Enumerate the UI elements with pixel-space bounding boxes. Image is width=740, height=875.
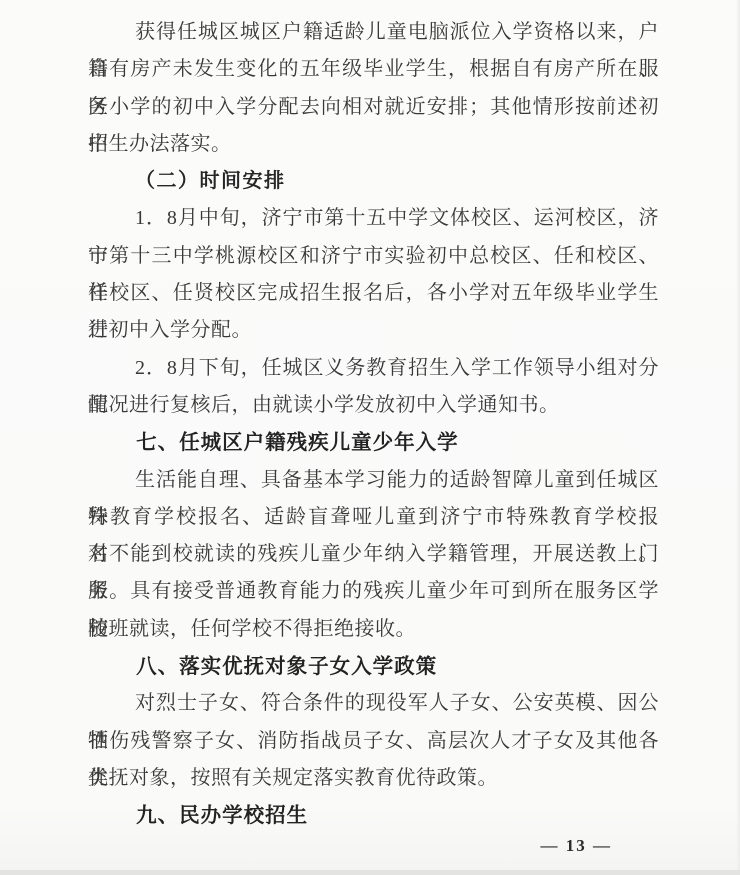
doc-line: 对不能到校就读的残疾儿童少年纳入学籍管理，开展送教上门服	[88, 536, 659, 573]
scan-edge-artifact	[736, 0, 740, 875]
doc-line: 招生办法落实。	[88, 126, 659, 163]
scan-edge-artifact	[0, 870, 740, 875]
doc-line: 行初中入学分配。	[88, 312, 659, 349]
document-text-column: 获得任城区城区户籍适龄儿童电脑派位入学资格以来，户籍、 自有房产未发生变化的五年…	[88, 14, 659, 835]
para-computer-placement: 获得任城区城区户籍适龄儿童电脑派位入学资格以来，户籍、 自有房产未发生变化的五年…	[88, 14, 659, 163]
doc-line: 殊教育学校报名、适龄盲聋哑儿童到济宁市特殊教育学校报名。	[88, 499, 659, 536]
heading-section-nine-private-schools: 九、民办学校招生	[88, 797, 659, 834]
doc-line: 务。具有接受普通教育能力的残疾儿童少年可到所在服务区学校	[88, 573, 659, 610]
heading-text: 八、落实优抚对象子女入学政策	[88, 648, 659, 685]
doc-line: 2．8月下旬，任城区义务教育招生入学工作领导小组对分配	[88, 350, 659, 387]
doc-line: 对烈士子女、符合条件的现役军人子女、公安英模、因公牺	[88, 685, 659, 722]
doc-line: 1．8月中旬，济宁市第十五中学文体校区、运河校区，济宁	[88, 200, 659, 237]
heading-section-eight-preferential-policy: 八、落实优抚对象子女入学政策	[88, 648, 659, 685]
para-late-august-review: 2．8月下旬，任城区义务教育招生入学工作领导小组对分配 情况进行复核后，由就读小…	[88, 350, 659, 425]
para-disabled-enrollment: 生活能自理、具备基本学习能力的适龄智障儿童到任城区特 殊教育学校报名、适龄盲聋哑…	[88, 462, 659, 648]
doc-line: 生活能自理、具备基本学习能力的适龄智障儿童到任城区特	[88, 462, 659, 499]
doc-line: 市第十三中学桃源校区和济宁市实验初中总校区、任和校区、任	[88, 238, 659, 275]
para-mid-august-registration: 1．8月中旬，济宁市第十五中学文体校区、运河校区，济宁 市第十三中学桃源校区和济…	[88, 200, 659, 349]
doc-line: 自有房产未发生变化的五年级毕业学生，根据自有房产所在服务	[88, 51, 659, 88]
para-preferential-groups: 对烈士子女、符合条件的现役军人子女、公安英模、因公牺 牲伤残警察子女、消防指战员…	[88, 685, 659, 797]
heading-text: 七、任城区户籍残疾儿童少年入学	[88, 424, 659, 461]
doc-line: 情况进行复核后，由就读小学发放初中入学通知书。	[88, 387, 659, 424]
subheading-time-arrangement: （二）时间安排	[88, 163, 659, 200]
subheading-text: （二）时间安排	[88, 163, 659, 200]
doc-line: 随班就读，任何学校不得拒绝接收。	[88, 611, 659, 648]
heading-section-seven-disabled-children: 七、任城区户籍残疾儿童少年入学	[88, 424, 659, 461]
doc-line: 区小学的初中入学分配去向相对就近安排；其他情形按前述初中	[88, 89, 659, 126]
page-number: — 13 —	[541, 836, 613, 856]
doc-line: 祥校区、任贤校区完成招生报名后，各小学对五年级毕业学生进	[88, 275, 659, 312]
doc-line: 优抚对象，按照有关规定落实教育优待政策。	[88, 760, 659, 797]
doc-line: 获得任城区城区户籍适龄儿童电脑派位入学资格以来，户籍、	[88, 14, 659, 51]
heading-text: 九、民办学校招生	[88, 797, 659, 834]
doc-line: 牲伤残警察子女、消防指战员子女、高层次人才子女及其他各类	[88, 723, 659, 760]
document-page: 获得任城区城区户籍适龄儿童电脑派位入学资格以来，户籍、 自有房产未发生变化的五年…	[0, 0, 740, 875]
